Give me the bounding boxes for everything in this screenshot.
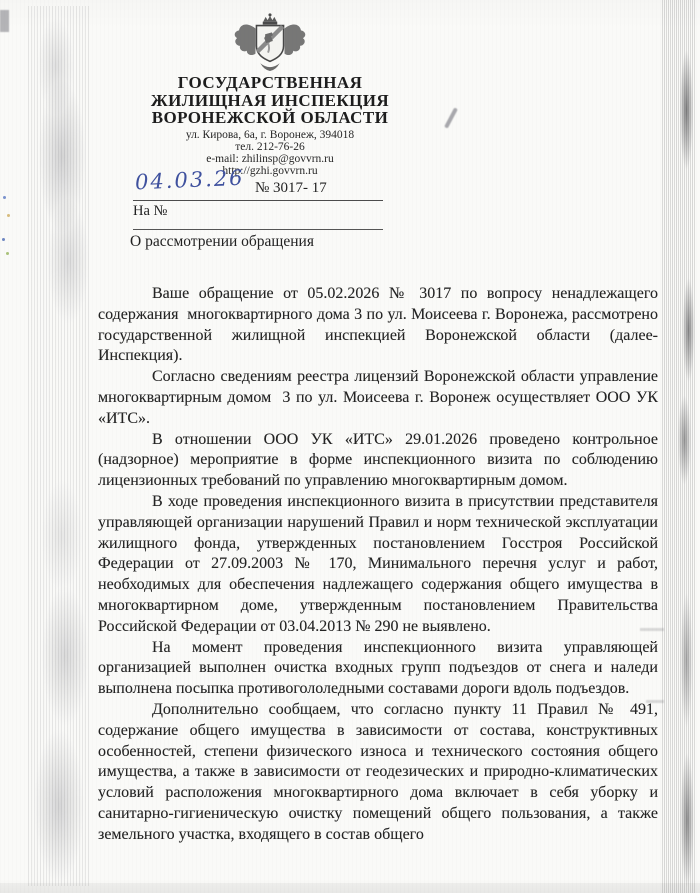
paragraph: В ходе проведения инспекционного визита … bbox=[98, 492, 658, 638]
letter-subject: О рассмотрении обращения bbox=[130, 233, 314, 251]
outgoing-number: № 3017- 17 bbox=[255, 180, 327, 197]
scan-speck bbox=[2, 238, 5, 241]
scan-speck bbox=[7, 214, 10, 217]
incoming-number-label: На № bbox=[133, 203, 383, 220]
date-and-number-row: 04.03.26 № 3017- 17 bbox=[133, 172, 383, 201]
scan-bottom-shadow bbox=[0, 883, 700, 893]
org-phone: тел. 212-76-26 bbox=[105, 141, 435, 153]
org-email: e-mail: zhilinsp@govvrn.ru bbox=[105, 153, 435, 165]
paragraph: В отношении ООО УК «ИТС» 29.01.2026 пров… bbox=[98, 430, 658, 492]
handwritten-date: 04.03.26 bbox=[135, 166, 245, 195]
voronezh-coat-of-arms-icon bbox=[220, 12, 320, 72]
scan-artifact-diagonal-mark bbox=[444, 107, 458, 128]
paragraph: Ваше обращение от 05.02.2026 № 3017 по в… bbox=[98, 284, 658, 367]
paragraph: Согласно сведениям реестра лицензий Воро… bbox=[98, 367, 658, 429]
ruled-line bbox=[133, 229, 383, 230]
letter-body: Ваше обращение от 05.02.2026 № 3017 по в… bbox=[98, 284, 658, 846]
paragraph: Дополнительно сообщаем, что согласно пун… bbox=[98, 700, 658, 846]
org-address: ул. Кирова, 6а, г. Воронеж, 394018 bbox=[105, 129, 435, 141]
org-name-line: ВОРОНЕЖСКОЙ ОБЛАСТИ bbox=[105, 109, 435, 127]
org-name-line: ЖИЛИЩНАЯ ИНСПЕКЦИЯ bbox=[105, 92, 435, 110]
scan-speck bbox=[3, 196, 6, 199]
scanned-letter-page: ГОСУДАРСТВЕННАЯ ЖИЛИЩНАЯ ИНСПЕКЦИЯ ВОРОН… bbox=[0, 0, 700, 893]
organization-name: ГОСУДАРСТВЕННАЯ ЖИЛИЩНАЯ ИНСПЕКЦИЯ ВОРОН… bbox=[105, 74, 435, 127]
scan-artifact-left-band bbox=[28, 6, 90, 886]
scan-artifact-corner-blob bbox=[0, 10, 9, 32]
reference-block: 04.03.26 № 3017- 17 На № bbox=[133, 172, 383, 230]
org-name-line: ГОСУДАРСТВЕННАЯ bbox=[105, 74, 435, 92]
scan-speck bbox=[6, 252, 9, 255]
scan-artifact-right-band bbox=[662, 0, 696, 893]
letterhead: ГОСУДАРСТВЕННАЯ ЖИЛИЩНАЯ ИНСПЕКЦИЯ ВОРОН… bbox=[105, 12, 435, 177]
paragraph: На момент проведения инспекционного визи… bbox=[98, 638, 658, 700]
